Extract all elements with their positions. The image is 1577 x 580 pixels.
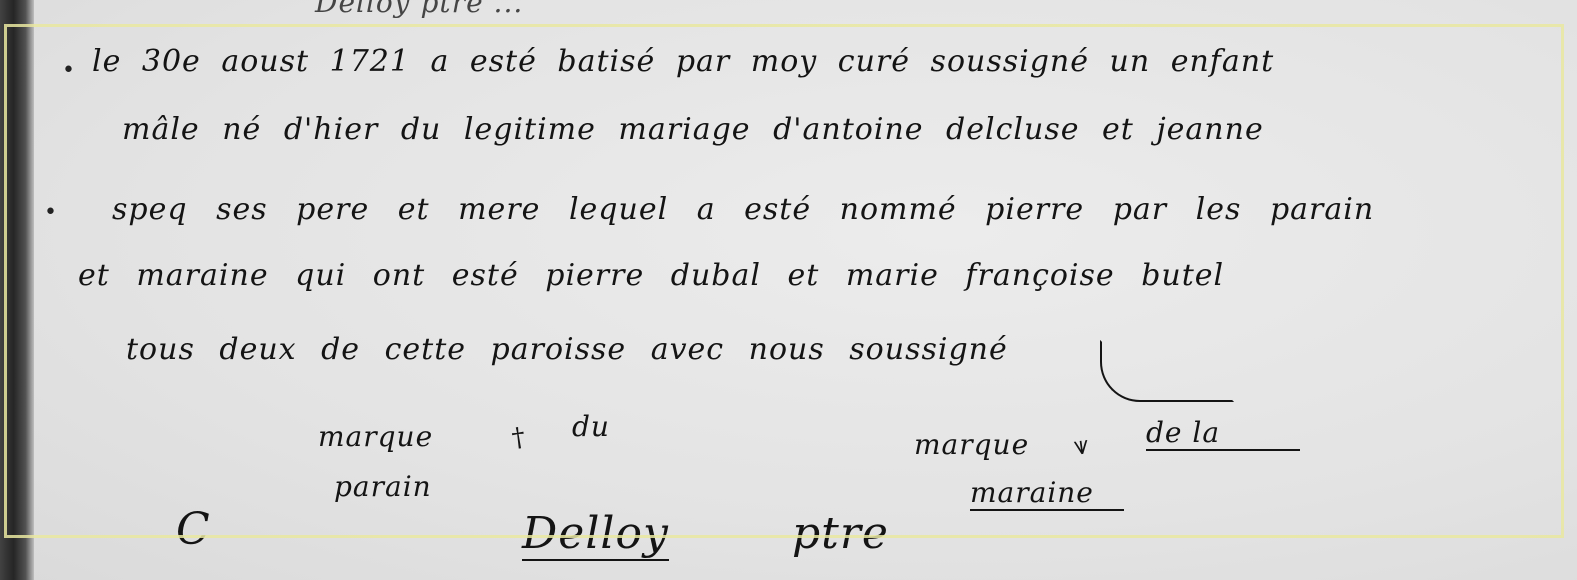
signature-flourish	[1100, 340, 1234, 402]
godfather-label: parain	[334, 470, 432, 503]
godfather-mark: †	[512, 420, 526, 453]
document-scan: Delloy ptre ... • • le 30e aoust 1721 a …	[0, 0, 1577, 580]
godmother-label: maraine	[970, 476, 1124, 511]
priest-title: ptre	[792, 508, 889, 559]
signature-initial: C	[176, 504, 211, 555]
record-line-5: tous deux de cette paroisse avec nous so…	[126, 332, 1008, 367]
page-binding-shadow	[0, 0, 34, 580]
margin-mark: •	[62, 58, 75, 83]
cross-mark-icon: †	[510, 422, 528, 454]
record-line-4: et maraine qui ont esté pierre dubal et …	[78, 258, 1224, 293]
godfather-mark-du: du	[572, 410, 610, 443]
record-line-3: speq ses pere et mere lequel a esté nomm…	[112, 192, 1374, 227]
godmother-mark-dela: de la	[1146, 416, 1300, 451]
record-line-1: le 30e aoust 1721 a esté batisé par moy …	[92, 44, 1274, 79]
record-line-2: mâle né d'hier du legitime mariage d'ant…	[122, 112, 1264, 147]
priest-signature: Delloy	[522, 508, 669, 561]
godmother-mark: ⩛	[1074, 428, 1090, 462]
previous-entry-signature: Delloy ptre ...	[315, 0, 523, 19]
margin-mark: •	[44, 200, 57, 225]
godfather-mark-label: marque	[318, 420, 433, 453]
godmother-mark-label: marque	[914, 428, 1029, 461]
triangle-mark-icon: ⩛	[1072, 430, 1092, 463]
